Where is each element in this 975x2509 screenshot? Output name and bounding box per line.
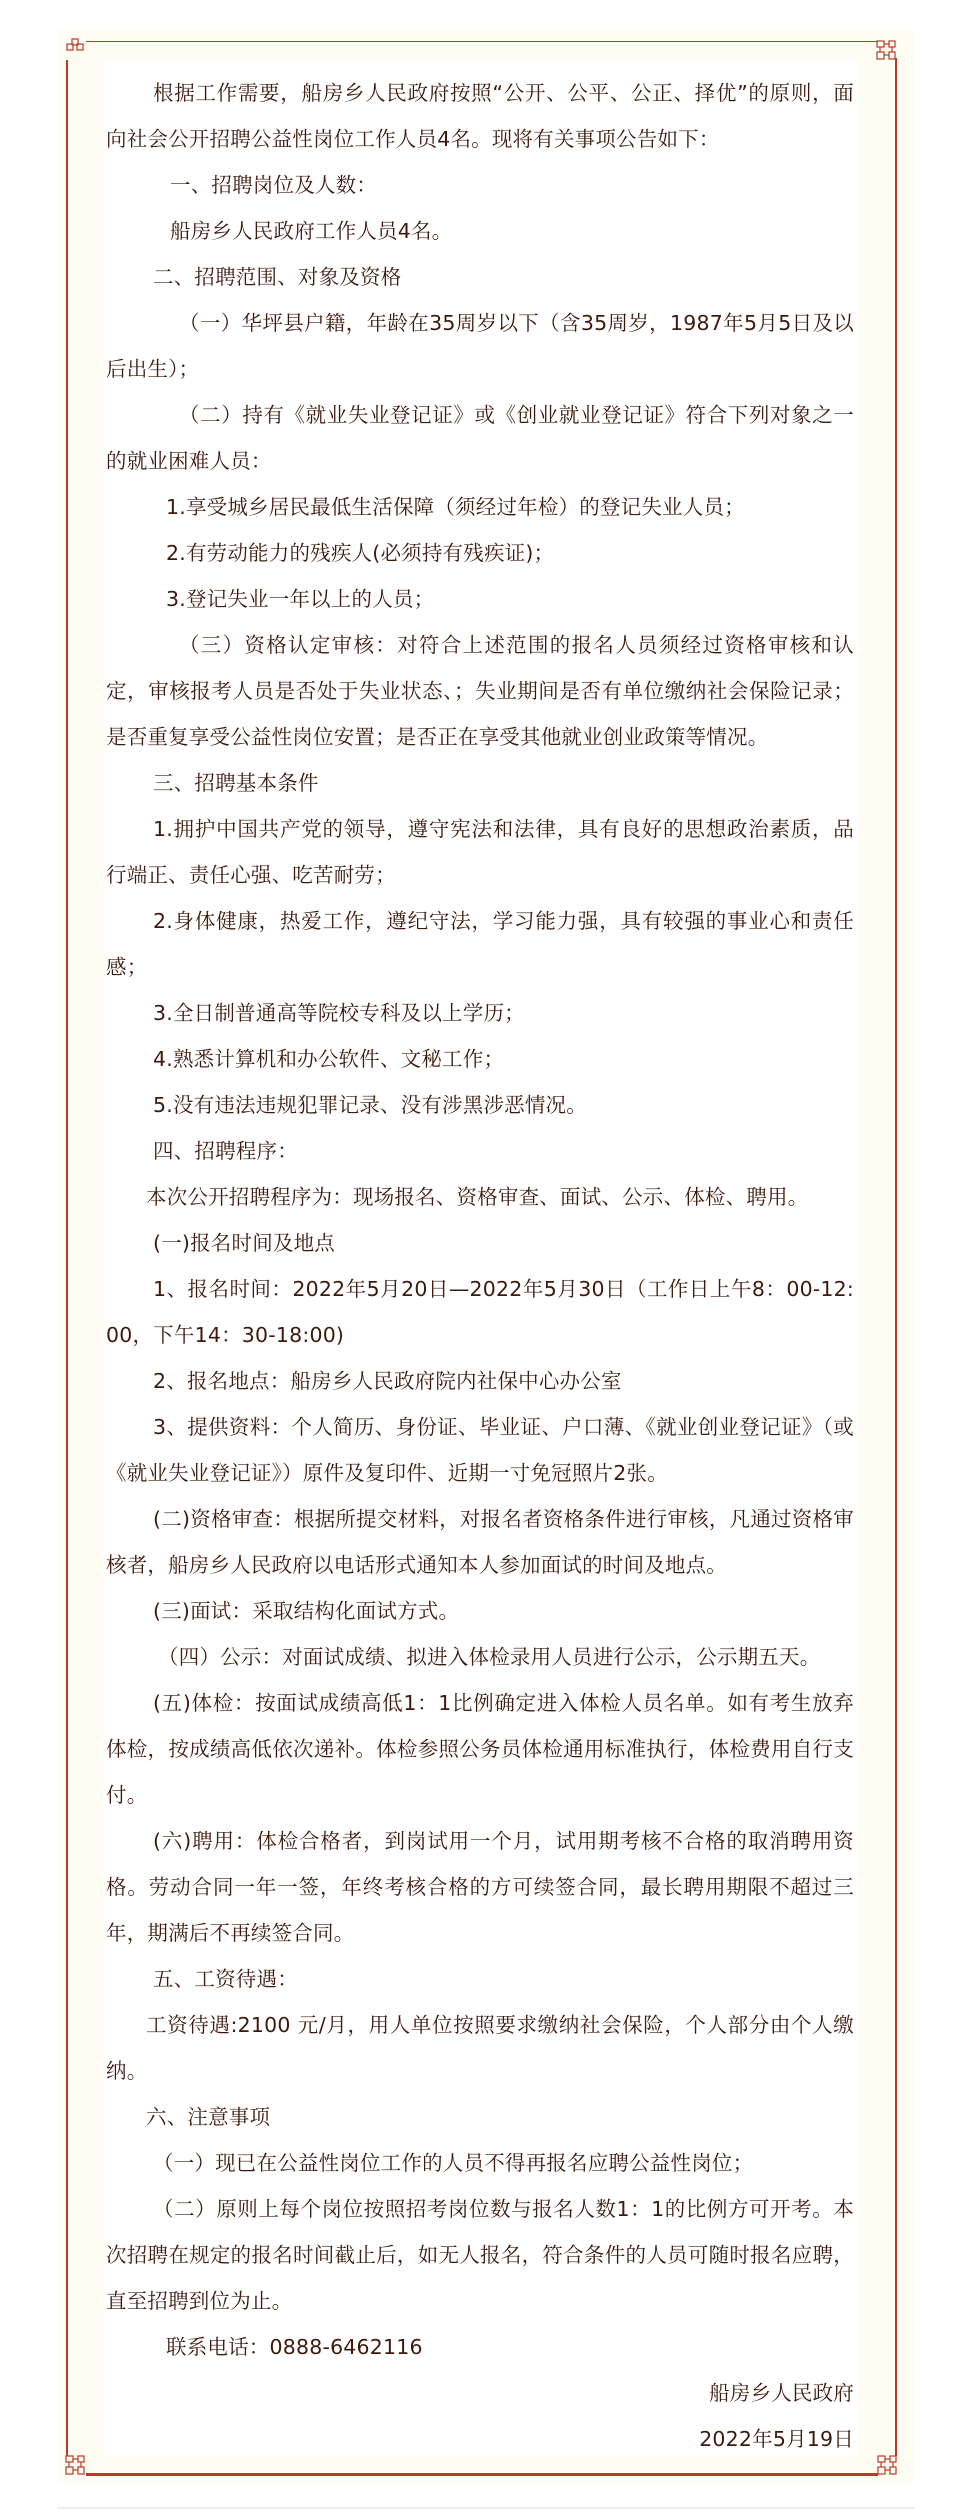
section-5-heading: 五、工资待遇： [106, 1956, 854, 2002]
corner-bottom-left-icon [65, 2455, 87, 2477]
section-3-item-4: 4.熟悉计算机和办公软件、文秘工作； [106, 1036, 854, 1082]
announcement-body: 根据工作需要，船房乡人民政府按照“公开、公平、公正、择优”的原则，面向社会公开招… [104, 60, 858, 2455]
corner-bottom-right-icon [877, 2455, 899, 2477]
frame-border-right [895, 58, 897, 2456]
section-4-sub-6: (六)聘用：体检合格者，到岗试用一个月，试用期考核不合格的取消聘用资格。劳动合同… [106, 1818, 854, 1956]
section-4-sub-3: (三)面试：采取结构化面试方式。 [106, 1588, 854, 1634]
section-3-heading: 三、招聘基本条件 [106, 760, 854, 806]
section-3-item-1: 1.拥护中国共产党的领导，遵守宪法和法律，具有良好的思想政治素质，品行端正、责任… [106, 806, 854, 898]
frame-border-left [66, 60, 68, 2456]
section-2-item-3: （三）资格认定审核：对符合上述范围的报名人员须经过资格审核和认定，审核报考人员是… [106, 622, 854, 760]
section-4-heading: 四、招聘程序： [106, 1128, 854, 1174]
section-6-item-2: （二）原则上每个岗位按照招考岗位数与报名人数1：1的比例方可开考。本次招聘在规定… [106, 2186, 854, 2324]
section-4-sub-1-materials: 3、提供资料：个人简历、身份证、毕业证、户口薄、《就业创业登记证》（或《就业失业… [106, 1404, 854, 1496]
section-4-sub-4: （四）公示：对面试成绩、拟进入体检录用人员进行公示，公示期五天。 [106, 1634, 854, 1680]
section-2-item-2-sub-1: 1.享受城乡居民最低生活保障（须经过年检）的登记失业人员； [106, 484, 854, 530]
announcement-text: 根据工作需要，船房乡人民政府按照“公开、公平、公正、择优”的原则，面向社会公开招… [106, 70, 854, 2462]
section-3-item-2: 2.身体健康，热爱工作，遵纪守法，学习能力强，具有较强的事业心和责任感； [106, 898, 854, 990]
section-2-item-1: （一）华坪县户籍，年龄在35周岁以下（含35周岁，1987年5月5日及以后出生）… [106, 300, 854, 392]
section-1-body: 船房乡人民政府工作人员4名。 [106, 208, 854, 254]
corner-top-left-icon [66, 36, 88, 58]
section-2-heading: 二、招聘范围、对象及资格 [106, 254, 854, 300]
section-4-sub-2: (二)资格审查：根据所提交材料，对报名者资格条件进行审核，凡通过资格审核者，船房… [106, 1496, 854, 1588]
contact-phone: 联系电话：0888-6462116 [106, 2324, 854, 2370]
section-3-item-5: 5.没有违法违规犯罪记录、没有涉黑涉恶情况。 [106, 1082, 854, 1128]
issuer-signature: 船房乡人民政府 [106, 2370, 854, 2416]
frame-border-top [86, 41, 878, 42]
section-3-item-3: 3.全日制普通高等院校专科及以上学历； [106, 990, 854, 1036]
section-6-item-1: （一）现已在公益性岗位工作的人员不得再报名应聘公益性岗位； [106, 2140, 854, 2186]
frame-border-bottom [86, 2473, 878, 2476]
section-2-item-2-sub-3: 3.登记失业一年以上的人员； [106, 576, 854, 622]
section-5-body: 工资待遇:2100 元/月，用人单位按照要求缴纳社会保险，个人部分由个人缴纳。 [106, 2002, 854, 2094]
issue-date: 2022年5月19日 [106, 2416, 854, 2462]
section-6-heading: 六、注意事项 [106, 2094, 854, 2140]
section-1-heading: 一、招聘岗位及人数： [106, 162, 854, 208]
section-4-sub-1-time: 1、报名时间：2022年5月20日—2022年5月30日（工作日上午8：00-1… [106, 1266, 854, 1358]
section-4-sub-1: (一)报名时间及地点 [106, 1220, 854, 1266]
section-4-sub-5: (五)体检：按面试成绩高低1：1比例确定进入体检人员名单。如有考生放弃体检，按成… [106, 1680, 854, 1818]
section-4-sub-1-location: 2、报名地点：船房乡人民政府院内社保中心办公室 [106, 1358, 854, 1404]
section-4-intro: 本次公开招聘程序为：现场报名、资格审查、面试、公示、体检、聘用。 [106, 1174, 854, 1220]
section-2-item-2-sub-2: 2.有劳动能力的残疾人(必须持有残疾证)； [106, 530, 854, 576]
intro-paragraph: 根据工作需要，船房乡人民政府按照“公开、公平、公正、择优”的原则，面向社会公开招… [106, 70, 854, 162]
corner-top-right-icon [876, 39, 898, 61]
section-2-item-2: （二）持有《就业失业登记证》或《创业就业登记证》符合下列对象之一的就业困难人员： [106, 392, 854, 484]
